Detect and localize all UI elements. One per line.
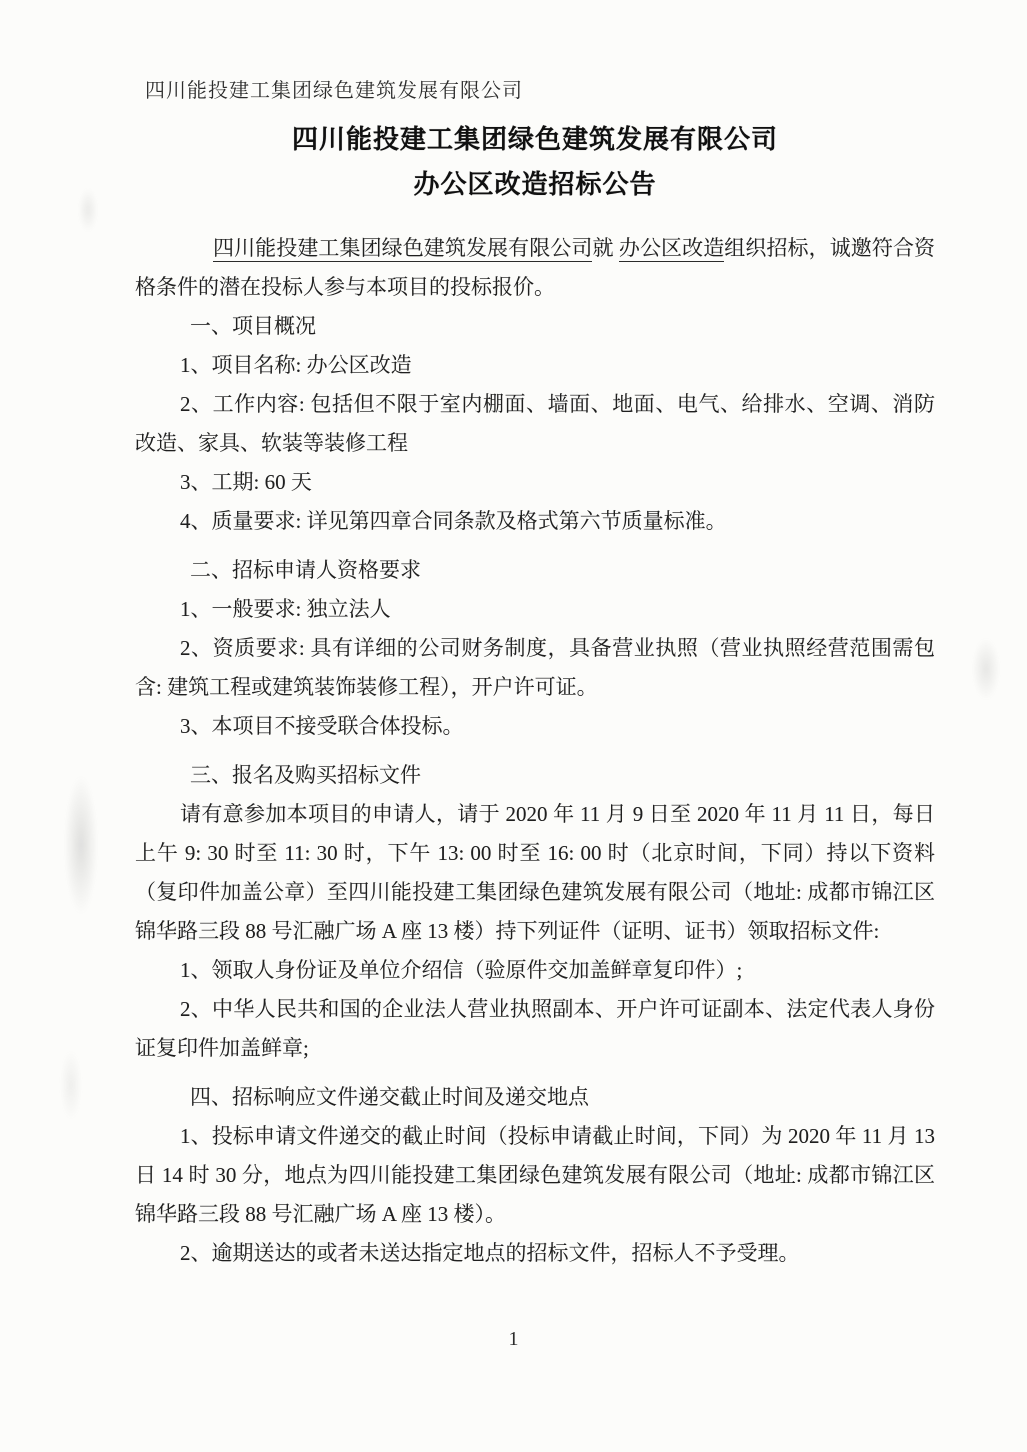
section-1-item-4: 4、质量要求: 详见第四章合同条款及格式第六节质量标准。 — [135, 502, 935, 541]
intro-project-underlined: 办公区改造 — [619, 236, 724, 262]
document-body: 四川能投建工集团绿色建筑发展有限公司就 办公区改造组织招标，诚邀符合资格条件的潜… — [135, 229, 935, 1273]
section-2-item-2: 2、资质要求: 具有详细的公司财务制度，具备营业执照（营业执照经营范围需包含: … — [135, 629, 935, 707]
section-3-heading: 三、报名及购买招标文件 — [135, 756, 935, 795]
document-title: 四川能投建工集团绿色建筑发展有限公司 办公区改造招标公告 — [135, 117, 935, 207]
scan-smudge — [60, 1050, 82, 1120]
section-3-item-2: 2、中华人民共和国的企业法人营业执照副本、开户许可证副本、法定代表人身份证复印件… — [135, 990, 935, 1068]
scan-smudge — [972, 638, 1000, 700]
section-1-item-2: 2、工作内容: 包括但不限于室内棚面、墙面、地面、电气、给排水、空调、消防改造、… — [135, 385, 935, 463]
document-title-line-2: 办公区改造招标公告 — [135, 162, 935, 207]
section-1-heading: 一、项目概况 — [135, 307, 935, 346]
section-4-item-1: 1、投标申请文件递交的截止时间（投标申请截止时间，下同）为 2020 年 11 … — [135, 1117, 935, 1234]
section-3-intro: 请有意参加本项目的申请人，请于 2020 年 11 月 9 日至 2020 年 … — [135, 795, 935, 951]
intro-company-underlined: 四川能投建工集团绿色建筑发展有限公司 — [213, 236, 592, 262]
section-2-item-3: 3、本项目不接受联合体投标。 — [135, 707, 935, 746]
section-1-item-3: 3、工期: 60 天 — [135, 463, 935, 502]
section-2-heading: 二、招标申请人资格要求 — [135, 551, 935, 590]
document-title-line-1: 四川能投建工集团绿色建筑发展有限公司 — [135, 117, 935, 162]
section-1-item-1: 1、项目名称: 办公区改造 — [135, 346, 935, 385]
scanned-document-page: 四川能投建工集团绿色建筑发展有限公司 四川能投建工集团绿色建筑发展有限公司 办公… — [0, 0, 1027, 1452]
intro-connector: 就 — [592, 236, 618, 260]
section-4-heading: 四、招标响应文件递交截止时间及递交地点 — [135, 1078, 935, 1117]
scan-smudge — [78, 188, 98, 232]
scan-smudge — [64, 775, 98, 915]
section-2-item-1: 1、一般要求: 独立法人 — [135, 590, 935, 629]
section-3-item-1: 1、领取人身份证及单位介绍信（验原件交加盖鲜章复印件）; — [135, 951, 935, 990]
document-header-company-name: 四川能投建工集团绿色建筑发展有限公司 — [145, 74, 523, 103]
page-number: 1 — [0, 1328, 1027, 1351]
section-4-item-2: 2、逾期送达的或者未送达指定地点的招标文件，招标人不予受理。 — [135, 1234, 935, 1273]
intro-paragraph: 四川能投建工集团绿色建筑发展有限公司就 办公区改造组织招标，诚邀符合资格条件的潜… — [135, 229, 935, 307]
